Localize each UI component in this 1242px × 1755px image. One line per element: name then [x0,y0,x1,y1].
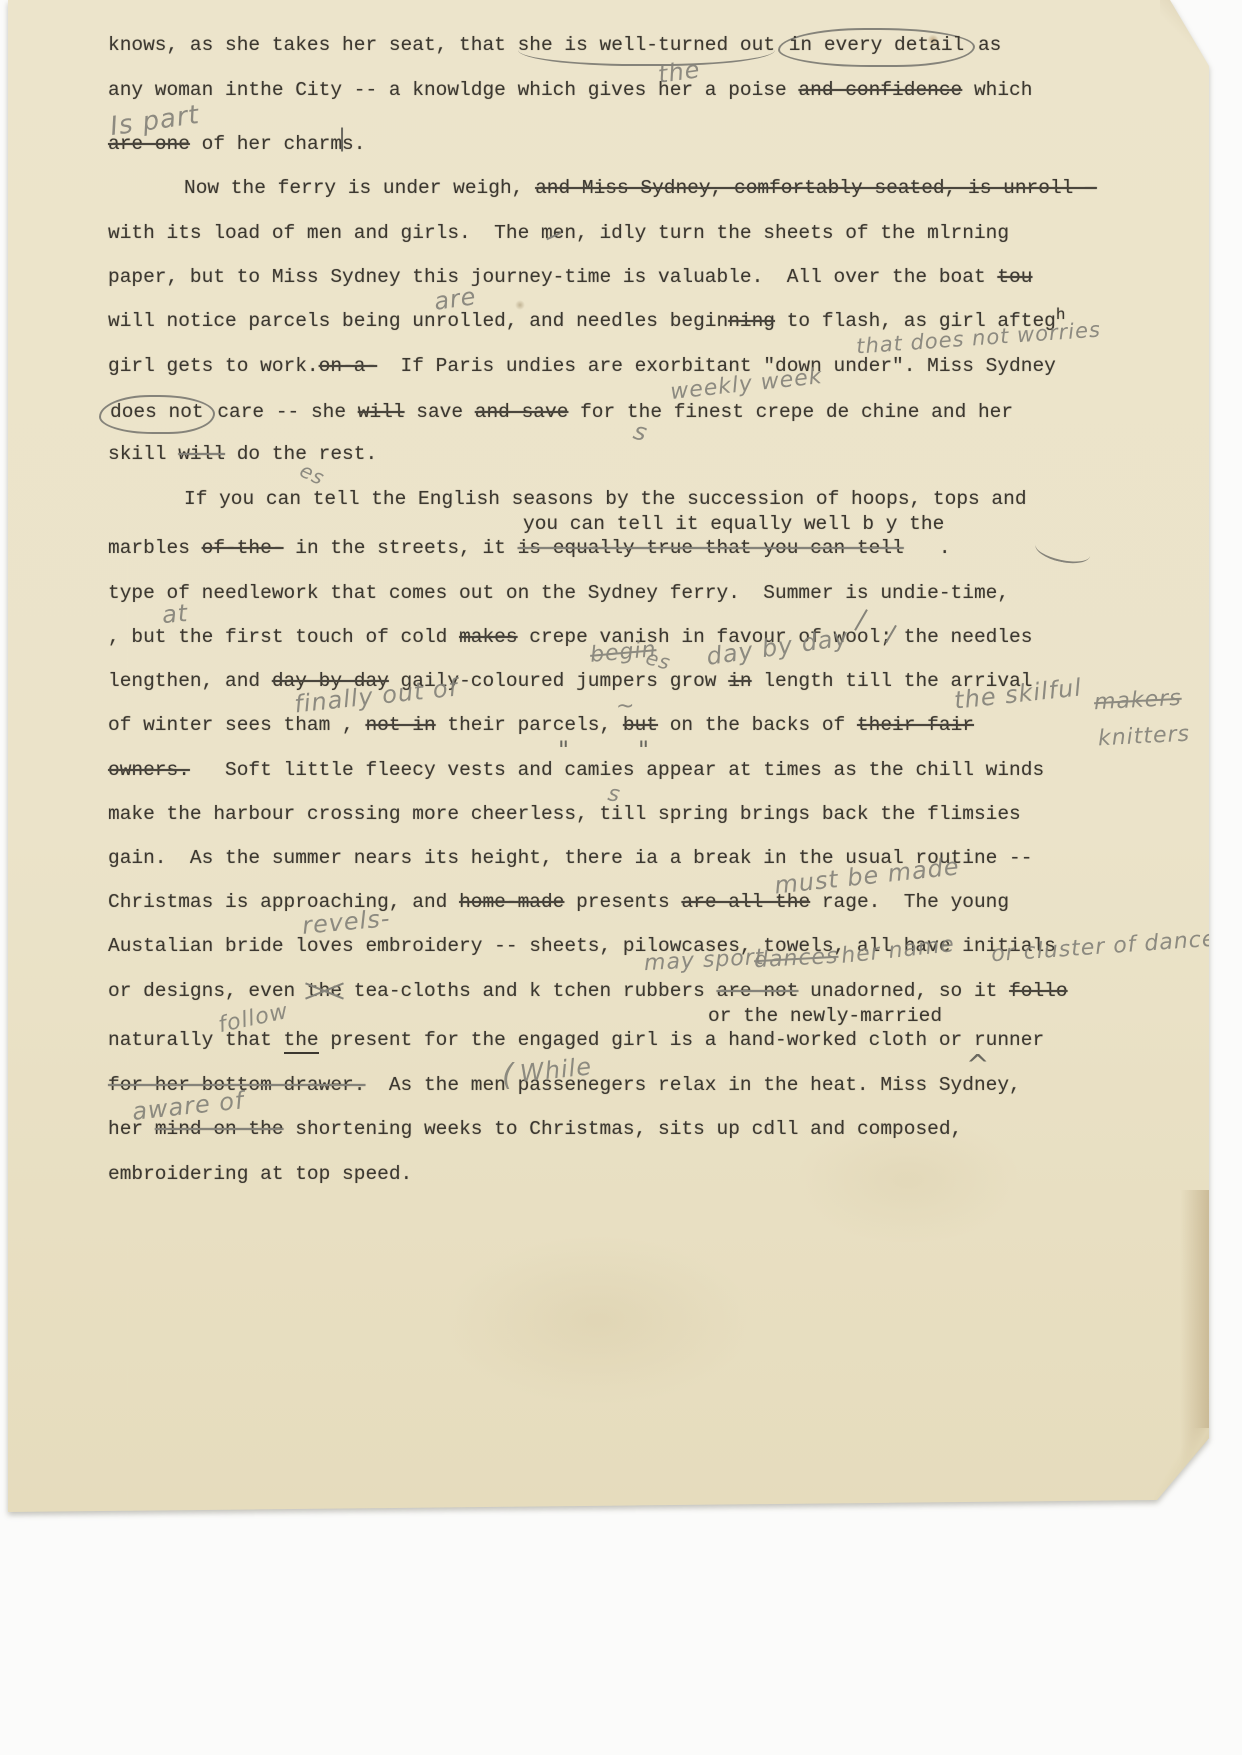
bottom-right-fold-corner [1154,1428,1210,1504]
typed-line-2: any woman inthe City -- a knowldge which… [108,77,1032,103]
handwritten-annotation-23: may sport [643,945,765,976]
typed-line-10: skill will do the rest. [108,441,377,467]
typed-segment: , but the first touch of cold [108,626,459,648]
typed-segment: If Paris undies are exorbitant "down und… [377,355,1056,377]
typed-segment: shortening weeks to Christmas, sits up c… [284,1118,963,1140]
typed-segment: Soft little fleecy vests and camies appe… [190,759,1044,781]
typed-segment: lengthen, and [108,670,272,692]
typed-segment-ts: tou [997,266,1032,288]
typed-segment-ts: makes [459,626,518,648]
typed-segment: skill [108,443,178,465]
typed-segment: knows, as she takes her seat, that [108,34,518,56]
typed-segment-ts: their fair [857,714,974,736]
typed-line-1: knows, as she takes her seat, that she i… [108,30,1001,60]
typed-segment: do the rest. [225,443,377,465]
handwritten-annotation-14: ~ [616,694,635,719]
typed-segment-ts: on-a- [319,355,378,377]
typed-segment: or designs, even [108,980,307,1002]
typed-line-13: marbles of-the- in the streets, it is eq… [108,535,951,561]
typed-segment-ts: home-made [459,891,564,913]
typed-segment: naturally that [108,1029,284,1051]
typed-segment: paper, but to Miss Sydney this journey-t… [108,266,997,288]
typed-segment-uc: she is well-turned out [518,32,775,66]
typed-line-9: does not care -- she will save and save … [108,397,1013,427]
typed-segment: on the backs of [658,714,857,736]
typed-segment: of winter sees tham , [108,714,365,736]
typed-segment: girl gets to work. [108,355,319,377]
handwritten-annotation-9: at [161,599,189,629]
typed-line-28: embroidering at top speed. [108,1161,412,1187]
typed-segment-ts: of-the- [202,537,284,559]
typed-line-23: or designs, even the tea-cloths and k tc… [108,978,1068,1004]
typed-segment: embroidering at top speed. [108,1163,412,1185]
typed-segment-ts: ning [728,310,775,332]
handwritten-annotation-19: " [638,736,650,764]
typed-segment-ts: not in [365,714,435,736]
typed-line-27: her mind on the shortening weeks to Chri… [108,1116,962,1142]
handwritten-annotation-16: makers [1093,686,1182,716]
typed-segment: If you can tell the English seasons by t… [184,488,1027,510]
typed-segment-ts: and save [475,401,569,423]
typed-line-14: type of needlework that comes out on the… [108,580,1009,606]
typed-segment: which [962,79,1032,101]
typed-segment: present for the engaged girl is a hand-w… [319,1029,1045,1051]
typed-line-24: or the newly-married [708,1003,942,1029]
typed-segment: for the finest crepe de chine and her [568,401,1013,423]
typed-segment: as [966,34,1001,56]
typed-segment-ts: and confidence [798,79,962,101]
typed-line-8: girl gets to work.on-a- If Paris undies … [108,353,1056,379]
typed-segment: . [904,537,951,559]
handwritten-annotation-24: dances [753,944,839,973]
typed-segment-u: the [284,1029,319,1054]
typed-line-17: of winter sees tham , not in their parce… [108,712,974,738]
typed-line-21: Christmas is approaching, and home-made … [108,889,1009,915]
typed-line-18: owners. Soft little fleecy vests and cam… [108,757,1044,783]
typed-segment-ts: owners. [108,759,190,781]
handwritten-annotation-26: or cluster of dances [990,926,1229,968]
typed-segment-circ: does not [99,395,215,434]
handwritten-annotation-4: are [432,282,478,316]
typed-segment: their parcels, [436,714,623,736]
typed-segment-circ: in every detail [778,28,976,67]
typed-segment-ts: will [358,401,405,423]
handwritten-annotation-18: " [558,736,570,764]
handwritten-annotation-3: | [338,124,347,152]
typed-segment: rage. The young [810,891,1009,913]
typed-segment-ts: and Miss Sydney, comfortably seated, is … [535,177,1097,199]
typed-segment: will notice parcels being unrolled, and … [108,310,728,332]
typed-segment: marbles [108,537,202,559]
typed-segment-ps: is equally true that you can tell [518,537,904,559]
typed-segment-xs: the [307,978,342,1004]
typed-segment: make the harbour crossing more cheerless… [108,803,1021,825]
handwritten-annotation-1: the [656,55,702,89]
typed-segment: Christmas is approaching, and [108,891,459,913]
typed-segment: As the men passenegers relax in the heat… [365,1074,1020,1096]
typed-line-19: make the harbour crossing more cheerless… [108,801,1021,827]
typed-segment-ps: will [178,443,225,465]
scanned-document: knows, as she takes her seat, that she i… [0,0,1242,1755]
typed-line-11: If you can tell the English seasons by t… [184,486,1027,512]
typed-line-12: you can tell it equally well b y the [523,511,944,537]
typed-segment: tea-cloths and k tchen rubbers [342,980,716,1002]
handwritten-annotation-29: ( [502,1058,515,1093]
typed-segment: save [405,401,464,423]
manuscript-paper: knows, as she takes her seat, that she i… [8,0,1210,1512]
typed-segment-ts: follo [1009,980,1068,1002]
typed-segment: presents [564,891,681,913]
typed-segment-ts: in [728,670,751,692]
typed-segment: Now the ferry is under weigh, [184,177,535,199]
pencil-curve-mark-1 [1033,540,1091,567]
top-right-cut-corner-shade [1160,0,1212,70]
handwritten-annotation-28: ^ [966,1048,990,1081]
typed-segment: in the streets, it [284,537,518,559]
typed-line-4: Now the ferry is under weigh, and Miss S… [184,175,1097,201]
paper-shadow-wrap: knows, as she takes her seat, that she i… [0,0,1242,1560]
typed-line-6: paper, but to Miss Sydney this journey-t… [108,264,1032,290]
typed-segment: unadorned, so it [798,980,1009,1002]
typed-segment-ps: are not [717,980,799,1002]
typed-segment: or the newly-married [708,1005,942,1027]
typed-segment: type of needlework that comes out on the… [108,582,1009,604]
typed-segment [463,401,475,423]
typed-segment: care -- she [206,401,358,423]
typed-segment: you can tell it equally well b y the [523,513,944,535]
handwritten-annotation-17: knitters [1097,722,1190,752]
typed-line-16: lengthen, and day by day gaily-coloured … [108,668,1032,694]
